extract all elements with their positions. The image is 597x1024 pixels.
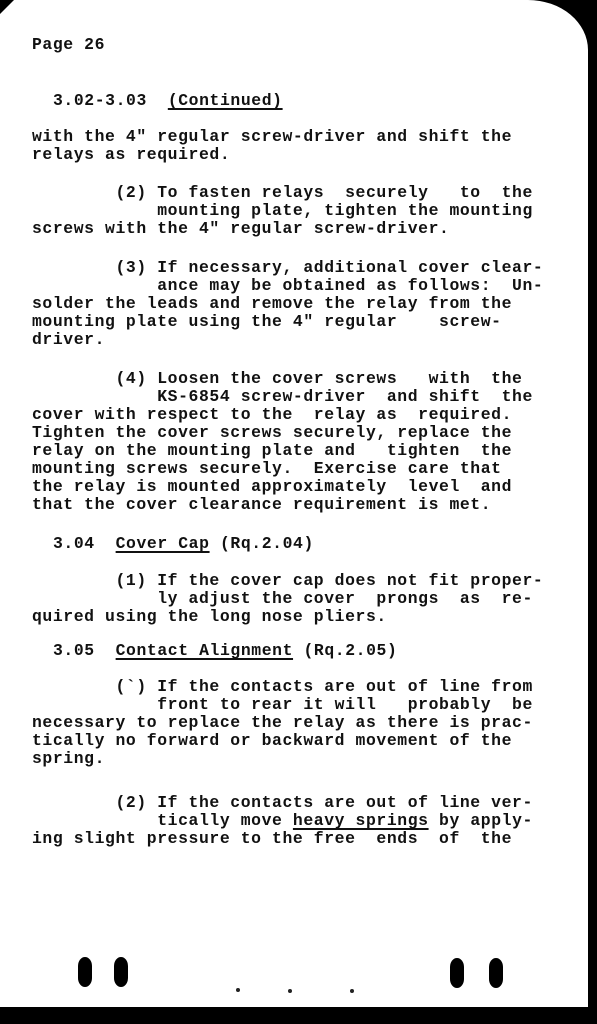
page-number: Page 26 [32,36,105,54]
text-fragment: by apply- [429,811,533,830]
page-corner-shadow [0,0,14,14]
section-heading-3-04: 3.04 Cover Cap (Rq.2.04) [53,535,314,553]
text-line: ance may be obtained as follows: Un- [32,277,543,295]
section-ref: (Rq.2.04) [220,534,314,553]
binder-hole [114,957,128,987]
binder-hole [78,957,92,987]
text-line: ing slight pressure to the free ends of … [32,830,512,848]
document-page: Page 26 3.02-3.03 (Continued) with the 4… [0,0,588,1007]
section-title: Cover Cap [116,534,210,553]
section-heading-3-05: 3.05 Contact Alignment (Rq.2.05) [53,642,397,660]
text-line: (1) If the cover cap does not fit proper… [32,572,543,590]
text-line: that the cover clearance requirement is … [32,496,491,514]
text-line: solder the leads and remove the relay fr… [32,295,512,313]
underlined-term: heavy springs [293,811,429,830]
speck-mark [288,989,292,993]
text-line: driver. [32,331,105,349]
text-line: front to rear it will probably be [32,696,533,714]
text-line: (3) If necessary, additional cover clear… [32,259,543,277]
text-line: KS-6854 screw-driver and shift the [32,388,533,406]
section-title: (Continued) [168,91,283,110]
section-ref: (Rq.2.05) [303,641,397,660]
binder-hole [489,958,503,988]
section-title: Contact Alignment [116,641,293,660]
text-line: mounting plate, tighten the mounting [32,202,533,220]
text-line: tically move heavy springs by apply- [32,812,533,830]
text-line: tically no forward or backward movement … [32,732,512,750]
speck-mark [236,988,240,992]
section-number: 3.05 [53,641,95,660]
text-line: necessary to replace the relay as there … [32,714,533,732]
section-number: 3.02-3.03 [53,91,147,110]
text-line: (`) If the contacts are out of line from [32,678,533,696]
text-line: screws with the 4" regular screw-driver. [32,220,449,238]
text-line: mounting plate using the 4" regular scre… [32,313,502,331]
text-line: relays as required. [32,146,230,164]
text-line: quired using the long nose pliers. [32,608,387,626]
speck-mark [350,989,354,993]
text-line: (2) If the contacts are out of line ver- [32,794,533,812]
text-line: with the 4" regular screw-driver and shi… [32,128,512,146]
text-line: (4) Loosen the cover screws with the [32,370,523,388]
text-line: Tighten the cover screws securely, repla… [32,424,512,442]
text-line: spring. [32,750,105,768]
text-line: ly adjust the cover prongs as re- [32,590,533,608]
text-line: cover with respect to the relay as requi… [32,406,512,424]
text-line: mounting screws securely. Exercise care … [32,460,502,478]
text-line: (2) To fasten relays securely to the [32,184,533,202]
text-line: the relay is mounted approximately level… [32,478,512,496]
binder-hole [450,958,464,988]
text-fragment: tically move [32,811,293,830]
section-number: 3.04 [53,534,95,553]
section-heading-3-02-3-03: 3.02-3.03 (Continued) [53,92,283,110]
text-line: relay on the mounting plate and tighten … [32,442,512,460]
